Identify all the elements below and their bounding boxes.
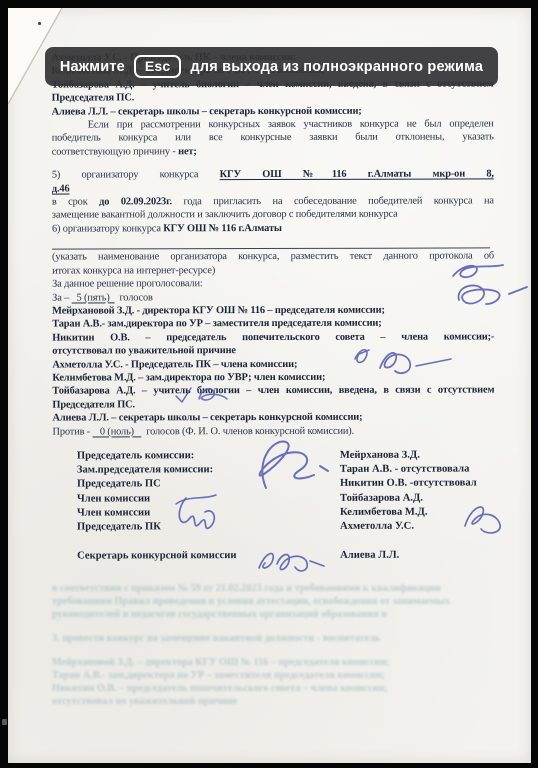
doc-line: итогах конкурса на интернет-ресурсе) <box>52 263 494 278</box>
doc-line: Алиева Л.Л. – секретарь школы – секретар… <box>52 104 494 119</box>
ghost-line: руководителей и педагогов государственны… <box>52 608 494 621</box>
ghost-line: требованиям Правил проведения и условия … <box>52 595 494 608</box>
signature-table-row: Член комиссииКелимбетова М.Д. <box>77 505 497 520</box>
doc-line: (указать наименование организатора конку… <box>52 250 494 265</box>
scanned-document-page: Ахметолла У.С. - Председатель ПК – члена… <box>8 8 531 763</box>
signer-name: Таран А.В. - отсутствовала <box>340 463 497 478</box>
doc-line: 6) организатору конкурса КГУ ОШ № 116 г.… <box>52 221 494 236</box>
ghost-line: Таран А.В.- зам.директора по УР – замест… <box>52 669 494 682</box>
fullscreen-exit-toast: Нажмите Esc для выхода из полноэкранного… <box>45 47 498 86</box>
ghost-line: отсутствовал по уважительной причине <box>52 695 494 708</box>
ghost-line: 3. провести конкурс на замещение вакантн… <box>52 632 494 645</box>
secretary-name: Алиева Л.Л. <box>340 549 497 564</box>
fullscreen-viewer: Ахметолла У.С. - Председатель ПК – члена… <box>0 0 538 768</box>
paper-speck <box>38 22 41 25</box>
signer-name: Никитин О.В. -отсутствовал <box>340 477 497 492</box>
doc-line: Таран А.В.- зам.директора по УР – замест… <box>52 317 494 332</box>
signature-ink-member-left <box>164 488 224 538</box>
doc-line: Председателя ПС. <box>52 397 494 412</box>
toast-text-suffix: для выхода из полноэкранного режима <box>190 59 483 75</box>
doc-line: За – 5 (пять) голосов <box>52 290 494 305</box>
doc-line: Председателя ПС. <box>52 91 494 106</box>
doc-line: победитель конкурса или все конкурсные з… <box>52 131 494 146</box>
doc-line: в срок до 02.09.2023г. года пригласить н… <box>52 194 494 209</box>
scan-artifact <box>2 719 7 725</box>
bleed-through-text: в соответствии с приказом № 59 от 21.02.… <box>52 582 494 708</box>
signature-table-row: Председатель ПКАхметолла У.С. <box>77 519 497 534</box>
ghost-line: в соответствии с приказом № 59 от 21.02.… <box>52 582 494 595</box>
signer-name: Мейрханова З.Д. <box>340 448 497 463</box>
doc-line: д.46 <box>52 181 494 196</box>
doc-line: замещение вакантной должности и заключит… <box>52 208 494 223</box>
doc-line: Алиева Л.Л. – секретарь школы – секретар… <box>52 411 494 426</box>
signature-ink-toybazarova <box>172 382 232 408</box>
signature-ink-akhmetolla-kelimbetova <box>348 340 458 382</box>
signature-ink-secretary <box>250 538 328 582</box>
signature-ink-kelimbetova-right <box>456 498 508 538</box>
doc-line: 5) организатору конкурса КГУ ОШ №116 г.А… <box>52 168 494 183</box>
doc-line: Тойбазарова А.Д. – учитель биологии – чл… <box>52 384 494 399</box>
doc-line: Мейрхановой З.Д. - директора КГУ ОШ № 11… <box>52 303 494 318</box>
ghost-line: Мейрхановой З.Д. – директора КГУ ОШ № 11… <box>52 656 494 669</box>
doc-line: соответствующую причину - нет; <box>52 144 494 159</box>
esc-key-badge: Esc <box>134 55 182 78</box>
toast-text-prefix: Нажмите <box>60 59 125 75</box>
doc-line: Если при рассмотрении конкурсных заявок … <box>52 117 494 132</box>
ghost-line: Никитин О.В. – председатель попечительск… <box>52 682 494 695</box>
signature-ink-meyrkhanova-list <box>443 260 535 326</box>
signature-rule <box>52 235 490 251</box>
doc-line: За данное решение проголосовали: <box>52 277 494 292</box>
signature-ink-chairman-large <box>238 434 334 498</box>
